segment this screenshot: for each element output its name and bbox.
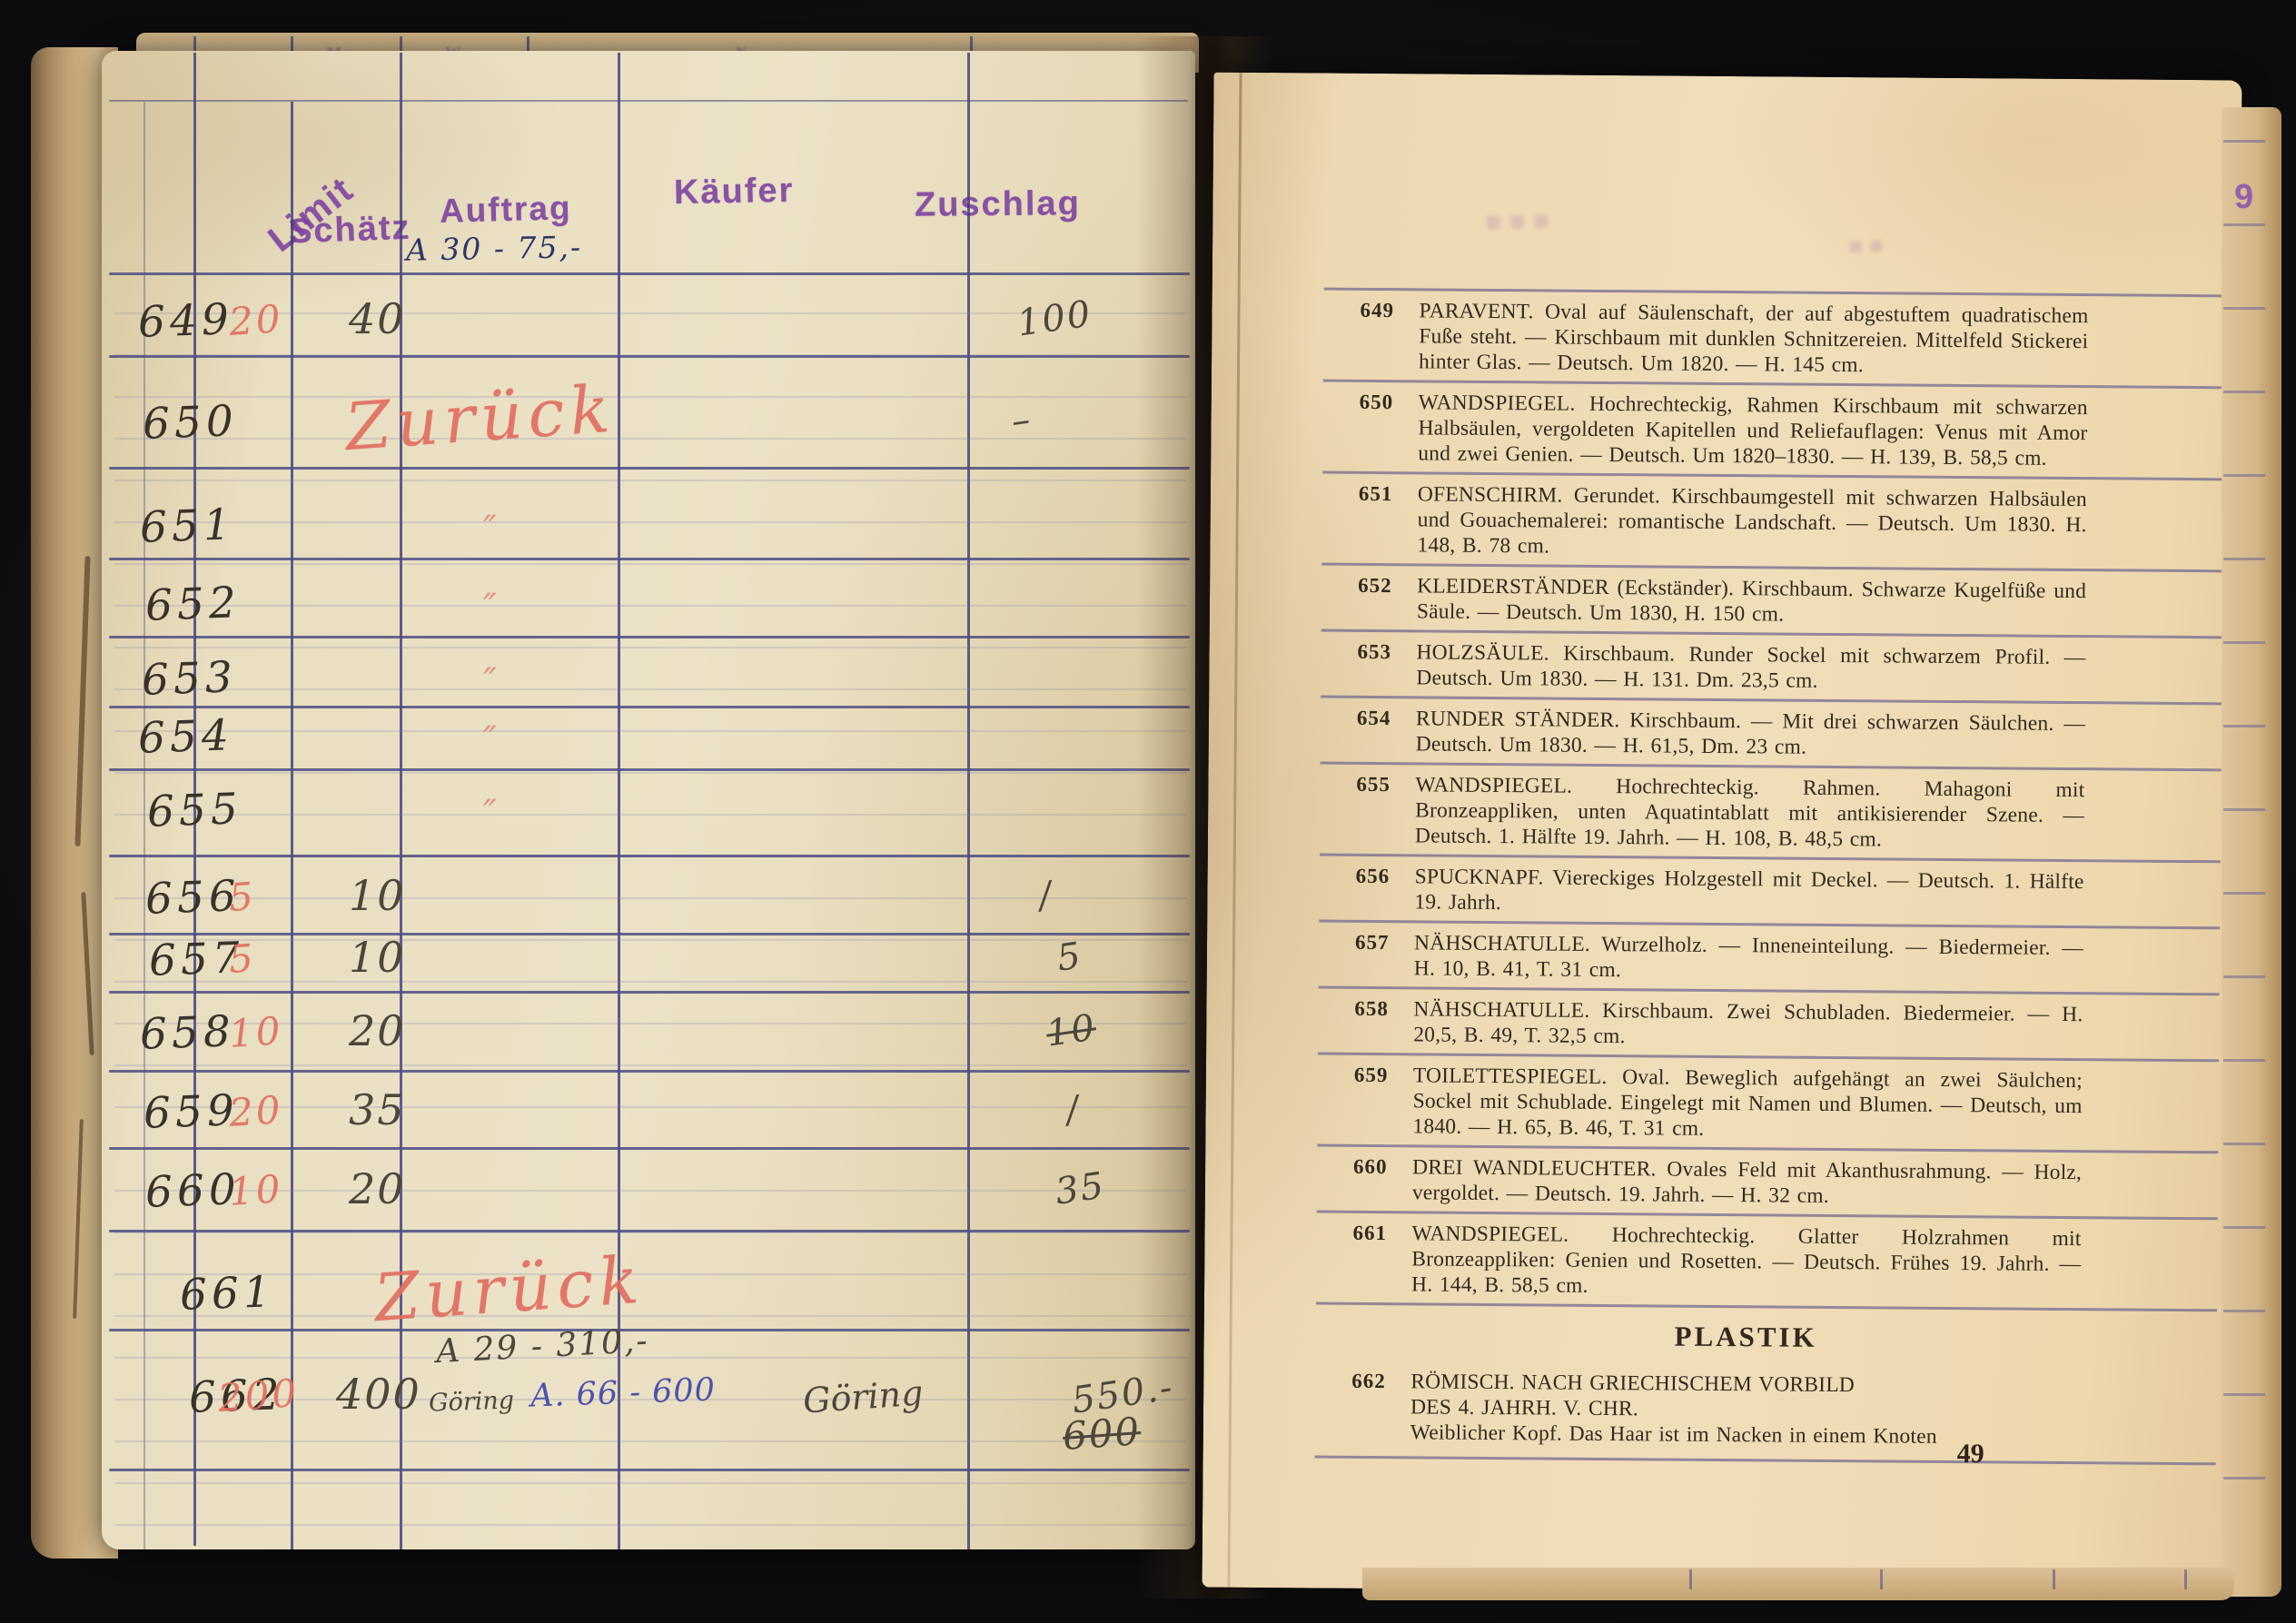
auftrag-ditto-mark: ″	[483, 587, 497, 628]
zuschlag-value: 100	[1014, 292, 1094, 344]
auftrag-blue-note: A. 66 - 600	[529, 1371, 716, 1414]
fore-edge-rule-mark	[2223, 725, 2265, 727]
zuschlag-value: 10	[1044, 1006, 1099, 1054]
fore-edge-rule-mark	[2223, 391, 2265, 393]
catalog-entry: 652KLEIDERSTÄNDER (Eckständer). Kirschba…	[1321, 563, 2223, 637]
catalog-entry-text: KLEIDERSTÄNDER (Eckständer). Kirschbaum.…	[1417, 574, 2086, 626]
auftrag-ditto-mark: ″	[483, 719, 497, 761]
lot-divider-rule	[109, 1070, 1190, 1073]
column-header-kaeufer: Käufer	[674, 172, 795, 213]
lot-divider-rule	[109, 706, 1190, 708]
faint-rule	[114, 730, 1186, 732]
faint-rule	[114, 939, 1186, 941]
lot-divider-rule	[109, 272, 1190, 275]
faint-rule	[114, 563, 1186, 565]
catalog-entry-text: NÄHSCHATULLE. Kirschbaum. Zwei Schublade…	[1413, 997, 2083, 1048]
zuschlag-value: 5	[1054, 935, 1085, 979]
schaetz-value: 40	[349, 294, 406, 343]
lot-divider-rule	[109, 355, 1190, 358]
under-page-column-tick	[2053, 1569, 2055, 1589]
catalog-entry: 660DREI WANDLEUCHTER. Ovales Feld mit Ak…	[1317, 1144, 2219, 1218]
schaetz-value: 10	[349, 871, 406, 920]
schaetz-value: 20	[349, 1164, 406, 1213]
catalog-entry-number: 660	[1353, 1154, 1388, 1180]
catalog-entry-text: WANDSPIEGEL. Hochrechteckig. Rahmen. Mah…	[1415, 773, 2085, 851]
lot-divider-rule	[109, 636, 1190, 638]
fore-edge-rule-mark	[2223, 474, 2265, 477]
auftrag-ditto-mark: ″	[483, 661, 497, 703]
entry-separator-rule	[1315, 1455, 2216, 1465]
fore-edge-streak	[81, 892, 94, 1055]
catalog-entry-text: WANDSPIEGEL. Hochrechteckig, Rahmen Kirs…	[1418, 391, 2088, 470]
catalog-entry-text: TOILETTESPIEGEL. Oval. Beweglich aufgehä…	[1412, 1064, 2083, 1141]
gutter-crease	[1227, 73, 1242, 1588]
ledger-page: Limit Schätz Auftrag Käufer Zuschlag A 3…	[102, 51, 1195, 1549]
lot-number: 659	[143, 1085, 240, 1139]
fore-edge-rule-mark	[2223, 641, 2265, 644]
faint-rule	[114, 605, 1186, 607]
lot-number: 653	[141, 652, 238, 706]
next-pages-fore-edge: 9	[2222, 107, 2281, 1597]
lot-number: 654	[137, 710, 234, 764]
under-page-column-tick	[1880, 1569, 1883, 1589]
limit-value: 10	[227, 1166, 284, 1214]
lot-number: 649	[137, 294, 234, 348]
limit-value: 20	[227, 1087, 284, 1135]
fore-edge-rule-mark	[2223, 1393, 2265, 1396]
auftrag-zurueck-note: Zurück	[342, 371, 617, 466]
catalog-entry: 661WANDSPIEGEL. Hochrechteckig. Glatter …	[1316, 1211, 2218, 1310]
catalog-entry-text: PARAVENT. Oval auf Säulenschaft, der auf…	[1419, 299, 2089, 377]
page-number: 49	[1957, 1439, 1984, 1470]
faint-rule	[114, 1482, 1186, 1484]
limit-value: 10	[227, 1008, 284, 1056]
lot-divider-rule	[109, 1329, 1190, 1331]
catalog-entry: 662RÖMISCH. NACH GRIECHISCHEM VORBILDDES…	[1315, 1356, 2217, 1458]
catalog-page: ■ ■ ■ ■ ■ 649PARAVENT. Oval auf Säulensc…	[1202, 73, 2242, 1596]
auftrag-header-note: A 30 - 75,-	[406, 229, 583, 267]
faint-rule	[114, 1357, 1186, 1359]
fore-edge-rule-mark	[2223, 975, 2265, 978]
column-rule	[291, 102, 293, 1549]
catalog-entry-number: 649	[1360, 298, 1394, 323]
lot-divider-rule	[109, 1147, 1190, 1150]
catalog-entry-number: 659	[1354, 1063, 1389, 1088]
catalog-entry: 650WANDSPIEGEL. Hochrechteckig, Rahmen K…	[1322, 380, 2224, 479]
column-header-zuschlag: Zuschlag	[915, 184, 1081, 225]
column-header-auftrag: Auftrag	[439, 189, 572, 231]
catalog-entry-number: 652	[1358, 573, 1392, 599]
kaeufer-name: Göring	[802, 1372, 925, 1420]
faint-rule	[114, 897, 1186, 899]
faint-rule	[114, 480, 1186, 481]
under-page-bottom-edge	[1362, 1568, 2234, 1600]
fore-edge-rule-mark	[2223, 1310, 2265, 1312]
catalog-entry-number: 654	[1357, 706, 1391, 731]
faint-rule	[114, 521, 1186, 523]
schaetz-value: 400	[336, 1370, 421, 1419]
catalog-entry-text: RUNDER STÄNDER. Kirschbaum. — Mit drei s…	[1416, 707, 2085, 758]
fore-edge-rule-mark	[2223, 558, 2265, 560]
catalog-entry-number: 651	[1359, 481, 1393, 507]
lot-divider-rule	[109, 768, 1190, 771]
lot-number: 652	[144, 578, 242, 631]
lot-number: 658	[139, 1006, 236, 1060]
lot-number: 655	[146, 784, 243, 837]
page-top-rule	[109, 100, 1188, 102]
catalog-entry-text: NÄHSCHATULLE. Wurzelholz. — Inneneinteil…	[1414, 931, 2083, 982]
catalog-entry: 657NÄHSCHATULLE. Wurzelholz. — Inneneint…	[1319, 920, 2221, 994]
fore-edge-streak	[74, 556, 90, 846]
catalog-entry-text: HOLZSÄULE. Kirschbaum. Runder Sockel mit…	[1416, 640, 2085, 692]
faint-rule	[114, 1273, 1186, 1275]
fore-edge-rule-mark	[2223, 307, 2265, 310]
catalog-entry: 653HOLZSÄULE. Kirschbaum. Runder Sockel …	[1321, 629, 2222, 703]
limit-value: 20	[227, 296, 284, 344]
under-page-column-tick	[2184, 1569, 2187, 1589]
section-heading-block: PLASTIK	[1315, 1302, 2216, 1363]
fore-edge-rule-mark	[2223, 892, 2265, 895]
catalog-entry-text: OFENSCHIRM. Gerundet. Kirschbaumgestell …	[1417, 482, 2087, 558]
zuschlag-value: ∕	[1036, 874, 1056, 917]
faint-rule	[114, 647, 1186, 648]
catalog-entry: 655WANDSPIEGEL. Hochrechteckig. Rahmen. …	[1320, 762, 2222, 861]
zuschlag-value: –	[1009, 399, 1034, 443]
lot-divider-rule	[109, 467, 1190, 470]
faint-rule	[114, 981, 1186, 983]
fore-edge-rule-mark	[2223, 1226, 2265, 1229]
limit-value: 200	[216, 1371, 300, 1420]
limit-value: 5	[227, 874, 257, 920]
fore-edge-streak	[73, 1119, 84, 1319]
faint-rule	[114, 1440, 1186, 1442]
catalog-entry-number: 662	[1351, 1369, 1386, 1394]
catalog-entry-number: 650	[1360, 390, 1394, 415]
catalog-entry: 651OFENSCHIRM. Gerundet. Kirschbaumgeste…	[1321, 471, 2223, 570]
faint-rule	[114, 772, 1186, 774]
lot-divider-rule	[109, 558, 1190, 560]
catalog-entries: 649PARAVENT. Oval auf Säulenschaft, der …	[1315, 288, 2225, 1466]
lot-divider-rule	[109, 991, 1190, 994]
section-heading: PLASTIK	[1674, 1321, 1816, 1353]
auftrag-ditto-mark: ″	[483, 509, 497, 550]
lot-number: 651	[139, 500, 236, 553]
zuschlag-struck-value: 600	[1061, 1409, 1142, 1459]
catalog-entry-text: DREI WANDLEUCHTER. Ovales Feld mit Akant…	[1412, 1155, 2082, 1208]
lot-number: 650	[142, 396, 239, 450]
fore-edge-rule-mark	[2223, 140, 2265, 143]
catalog-entry-text: SPUCKNAPF. Viereckiges Holzgestell mit D…	[1414, 865, 2083, 915]
column-header-schaetz: Schätz	[288, 209, 411, 252]
ink-ghost: ■ ■ ■	[1485, 205, 1550, 238]
lot-divider-rule	[109, 933, 1190, 935]
schaetz-value: 35	[349, 1085, 406, 1134]
catalog-entry-number: 656	[1356, 864, 1390, 889]
catalog-entry-number: 653	[1357, 639, 1391, 665]
zuschlag-value: ∕	[1064, 1088, 1084, 1132]
book-scan: MWN Limit Schätz Auftrag Käufer Zuschlag…	[0, 0, 2296, 1623]
catalog-entry-number: 658	[1354, 996, 1389, 1022]
under-page-column-tick	[1689, 1569, 1692, 1589]
catalog-entry: 658NÄHSCHATULLE. Kirschbaum. Zwei Schubl…	[1318, 986, 2220, 1060]
fore-edge-rule-mark	[2223, 223, 2265, 226]
auftrag-zurueck-note: Zurück	[371, 1242, 646, 1337]
catalog-entry: 656SPUCKNAPF. Viereckiges Holzgestell mi…	[1319, 854, 2221, 927]
faint-rule	[114, 814, 1186, 816]
faint-rule	[114, 1524, 1186, 1526]
auftrag-bidder-name: Göring	[428, 1386, 514, 1417]
catalog-entry-number: 657	[1355, 930, 1390, 955]
lot-divider-rule	[109, 855, 1190, 857]
catalog-entry-number: 655	[1356, 772, 1390, 797]
ink-ghost: ■ ■	[1848, 232, 1884, 261]
faint-rule	[114, 688, 1186, 690]
faint-rule	[114, 1064, 1186, 1066]
fore-edge-rule-mark	[2223, 808, 2265, 811]
zuschlag-value: 35	[1053, 1164, 1108, 1212]
lot-number: 661	[179, 1267, 276, 1321]
fore-edge-rule-mark	[2223, 1059, 2265, 1062]
fore-edge-rule-mark	[2223, 1477, 2265, 1480]
catalog-entry: 649PARAVENT. Oval auf Säulenschaft, der …	[1323, 288, 2225, 387]
fore-edge-rule-mark	[2223, 1143, 2265, 1145]
catalog-entry: 654RUNDER STÄNDER. Kirschbaum. — Mit dre…	[1321, 696, 2222, 769]
schaetz-value: 20	[349, 1006, 406, 1055]
catalog-entry-text: WANDSPIEGEL. Hochrechteckig. Glatter Hol…	[1411, 1222, 2082, 1298]
fore-edge-page-digit: 9	[2234, 178, 2253, 217]
lot-divider-rule	[109, 1469, 1190, 1471]
schaetz-value: 10	[349, 933, 406, 982]
auftrag-ditto-mark: ″	[483, 793, 497, 835]
catalog-entry-number: 661	[1352, 1221, 1387, 1246]
limit-value: 5	[227, 935, 257, 982]
lot-divider-rule	[109, 1230, 1190, 1232]
column-rule	[967, 53, 970, 1549]
catalog-entry: 659TOILETTESPIEGEL. Oval. Beweglich aufg…	[1317, 1053, 2219, 1152]
faint-rule	[114, 396, 1186, 398]
